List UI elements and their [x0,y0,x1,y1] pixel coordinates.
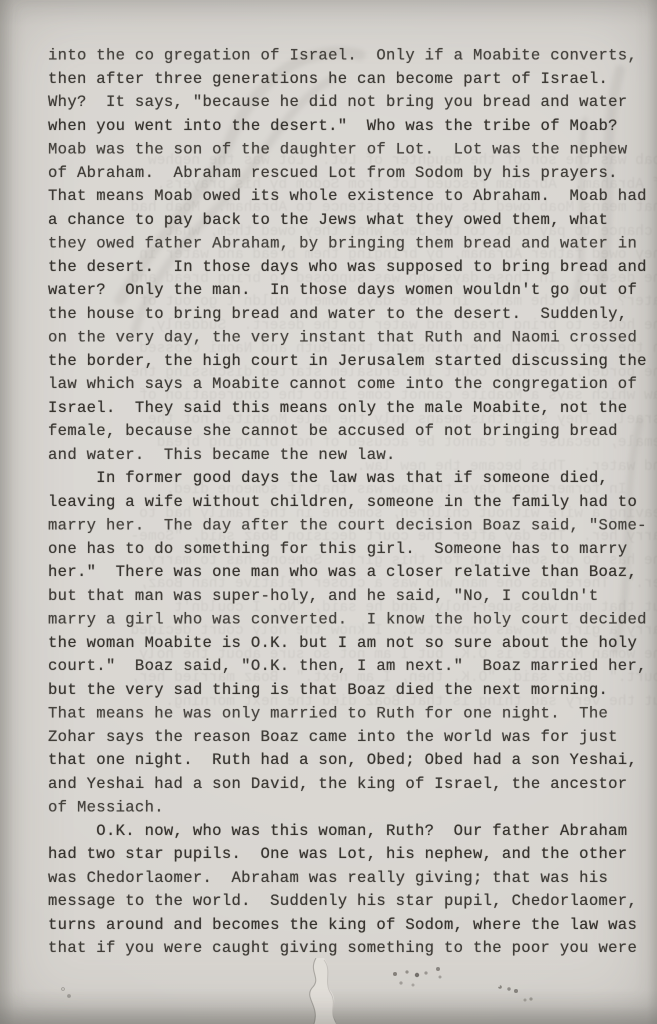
text-line: into the co gregation of Israel. Only if… [48,44,648,68]
text-line: leaving a wife without children, someone… [48,491,648,515]
text-line: In former good days the law was that if … [48,467,648,491]
text-line: marry her. The day after the court decis… [48,514,648,538]
text-line: Moab was the son of the daughter of Lot.… [48,138,648,162]
text-line: her." There was one man who was a closer… [48,561,648,585]
typewritten-text: into the co gregation of Israel. Only if… [48,44,648,961]
ink-smudge [498,985,500,987]
text-line: That means Moab owed its whole existence… [48,185,648,209]
scanned-page: Moab was the son of the daughter of Lot.… [0,0,657,1024]
text-line: female, because she cannot be accused of… [48,420,648,444]
text-line: the house to bring bread and water to th… [48,302,648,326]
text-line: court." Boaz said, "O.K. then, I am next… [48,655,648,679]
text-line: on the very day, the very instant that R… [48,326,648,350]
text-line: and water. This became the new law. [48,444,648,468]
paper-crease [278,958,374,1024]
text-line: had two star pupils. One was Lot, his ne… [48,843,648,867]
text-line: that if you were caught giving something… [48,937,648,961]
text-line: the border, the high court in Jerusalem … [48,350,648,374]
text-line: Why? It says, "because he did not bring … [48,91,648,115]
ink-smudge [62,988,64,990]
text-line: That means he was only married to Ruth f… [48,702,648,726]
text-line: water? Only the man. In those days women… [48,279,648,303]
text-line: O.K. now, who was this woman, Ruth? Our … [48,820,648,844]
text-line: then after three generations he can beco… [48,67,648,91]
text-line: message to the world. Suddenly his star … [48,890,648,914]
text-line: one has to do something for this girl. S… [48,537,648,561]
text-line: of Abraham. Abraham rescued Lot from Sod… [48,162,648,186]
text-line: but the very sad thing is that Boaz died… [48,679,648,703]
text-line: Israel. They said this means only the ma… [48,397,648,421]
text-line: law which says a Moabite cannot come int… [48,373,648,397]
text-line: the desert. In those days who was suppos… [48,256,648,280]
text-line: turns around and becomes the king of Sod… [48,914,648,938]
text-line: the woman Moabite is O.K. but I am not s… [48,632,648,656]
text-line: a chance to pay back to the Jews what th… [48,209,648,233]
text-line: but that man was super-holy, and he said… [48,585,648,609]
text-line: of Messiach. [48,796,648,820]
text-line: they owed father Abraham, by bringing th… [48,232,648,256]
text-line: marry a girl who was converted. I know t… [48,608,648,632]
text-line: that one night. Ruth had a son, Obed; Ob… [48,749,648,773]
text-line: was Chedorlaomer. Abraham was really giv… [48,867,648,891]
text-line: Zohar says the reason Boaz came into the… [48,726,648,750]
text-line: when you went into the desert." Who was … [48,115,648,139]
text-line: and Yeshai had a son David, the king of … [48,772,648,796]
ink-smudge [392,970,394,972]
